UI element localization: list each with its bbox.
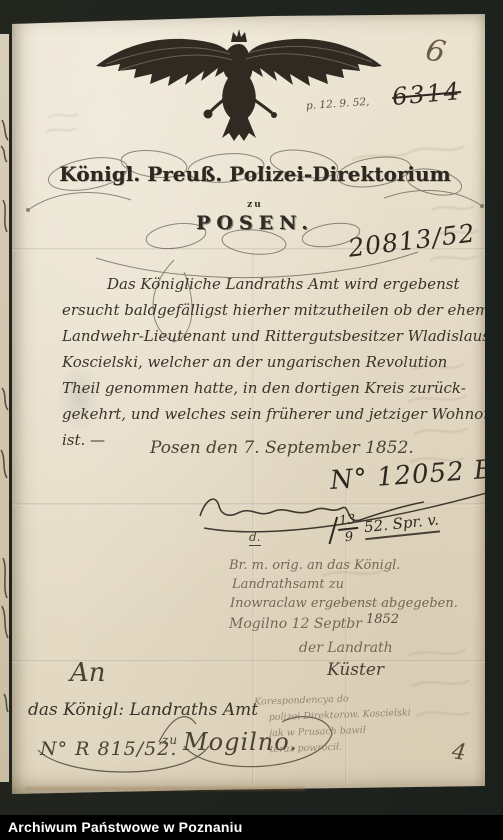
- archive-bar-label: Archiwum Państwowe w Poznaniu: [8, 815, 243, 840]
- dateline: Posen den 7. September 1852.: [150, 438, 414, 458]
- prussian-eagle-emblem: [90, 26, 388, 144]
- marginal-note: Korespondencya do polizei Direktorow. Ko…: [254, 689, 412, 758]
- paper-edge-highlight: [25, 787, 305, 792]
- document-page: 6 6314 p. 12. 9. 52,: [12, 10, 485, 794]
- adjacent-page-edge: [0, 34, 9, 782]
- scan-viewport: 6 6314 p. 12. 9. 52,: [0, 0, 503, 840]
- address-line: das Königl: Landraths Amt: [28, 700, 258, 720]
- date-stamp-day: 13: [338, 513, 356, 528]
- corner-mark: 4: [450, 739, 467, 766]
- transfer-note-line: Br. m. orig. an das Königl.: [229, 556, 400, 575]
- address-zu: zu: [162, 733, 178, 747]
- archive-bar: Archiwum Państwowe w Poznaniu: [0, 815, 503, 840]
- transfer-place-date-text: Mogilno 12 Septbr: [229, 616, 362, 632]
- date-stamp-rest: 52. Spr. v.: [363, 510, 440, 540]
- transfer-note-line: Landrathsamt zu: [232, 575, 344, 594]
- body-line: Theil genommen hatte, in den dortigen Kr…: [62, 379, 466, 397]
- presentation-note: p. 12. 9. 52,: [306, 96, 370, 112]
- address-number: N° R 815/52.: [40, 738, 177, 760]
- date-stamp: 13952. Spr. v.: [331, 504, 441, 545]
- stroke-mark: [328, 517, 338, 544]
- reference-number: N° 12052 B.: [329, 454, 503, 496]
- official-signature: Küster: [327, 660, 384, 680]
- letterhead: Königl. Preuß. Polizei-Direktorium zu PO…: [26, 140, 484, 234]
- letterhead-zu: zu: [26, 200, 484, 210]
- letterhead-title: Königl. Preuß. Polizei-Direktorium: [26, 162, 484, 186]
- transfer-place-date: Mogilno 12 Septbr1852: [229, 616, 399, 632]
- date-stamp-month: 9: [344, 530, 354, 544]
- letterhead-city: POSEN.: [26, 212, 484, 234]
- transfer-year: 1852: [366, 612, 399, 627]
- address-salutation: An: [70, 658, 106, 688]
- fold-crease: [12, 503, 485, 506]
- cancelled-number: 6314: [391, 77, 462, 111]
- small-mark: d.: [249, 530, 261, 546]
- official-title: der Landrath: [299, 640, 393, 656]
- body-line: gekehrt, und welches sein früherer und j…: [62, 405, 497, 423]
- folio-number: 6: [423, 32, 449, 70]
- transfer-note-line: Inowraclaw ergebenst abgegeben.: [230, 594, 458, 613]
- body-line: ist. —: [62, 431, 105, 449]
